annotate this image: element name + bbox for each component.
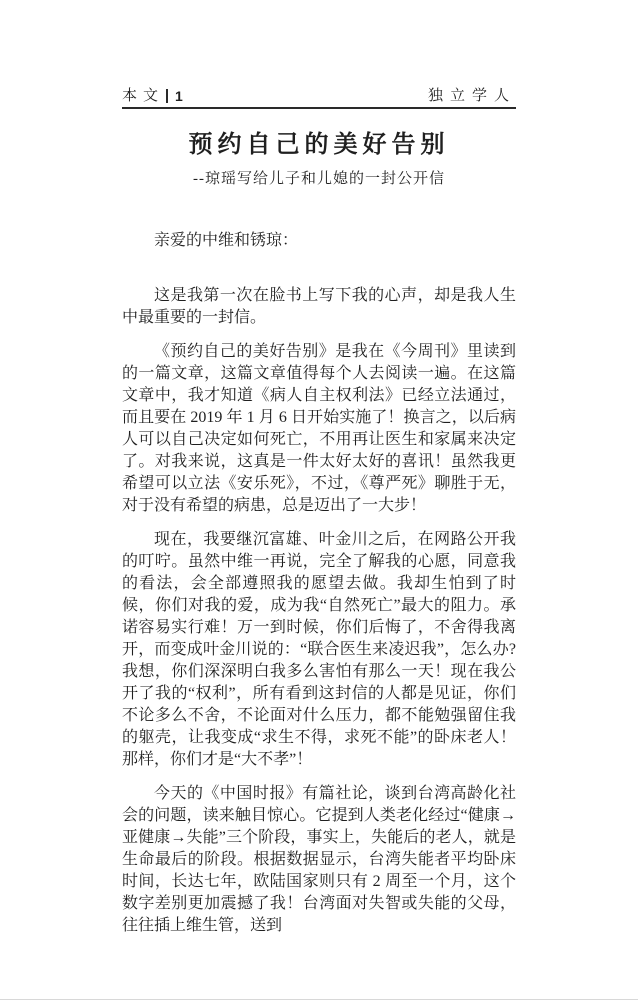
header-left: 本文 1 bbox=[122, 87, 183, 105]
letter-subtitle: --琼瑶写给儿子和儿媳的一封公开信 bbox=[122, 170, 516, 188]
paragraph: 《预约自己的美好告别》是我在《今周刊》里读到的一篇文章，这篇文章值得每个人去阅读… bbox=[122, 341, 516, 517]
letter-title: 预约自己的美好告别 bbox=[122, 130, 516, 160]
paragraph: 现在，我要继沉富雄、叶金川之后，在网路公开我的叮咛。虽然中维一再说，完全了解我的… bbox=[122, 529, 516, 771]
paragraph: 今天的《中国时报》有篇社论，谈到台湾高龄化社会的问题，读来触目惊心。它提到人类老… bbox=[122, 783, 516, 937]
document-page: 本文 1 独立学人 预约自己的美好告别 --琼瑶写给儿子和儿媳的一封公开信 亲爱… bbox=[0, 0, 638, 1000]
section-label: 本文 bbox=[122, 87, 164, 105]
salutation: 亲爱的中维和锈琼： bbox=[122, 230, 516, 252]
publication-name: 独立学人 bbox=[428, 87, 516, 105]
paragraph: 这是我第一次在脸书上写下我的心声，却是我人生中最重要的一封信。 bbox=[122, 285, 516, 329]
header-divider bbox=[166, 89, 168, 103]
page-header: 本文 1 独立学人 bbox=[122, 87, 516, 109]
page-number: 1 bbox=[175, 87, 183, 105]
